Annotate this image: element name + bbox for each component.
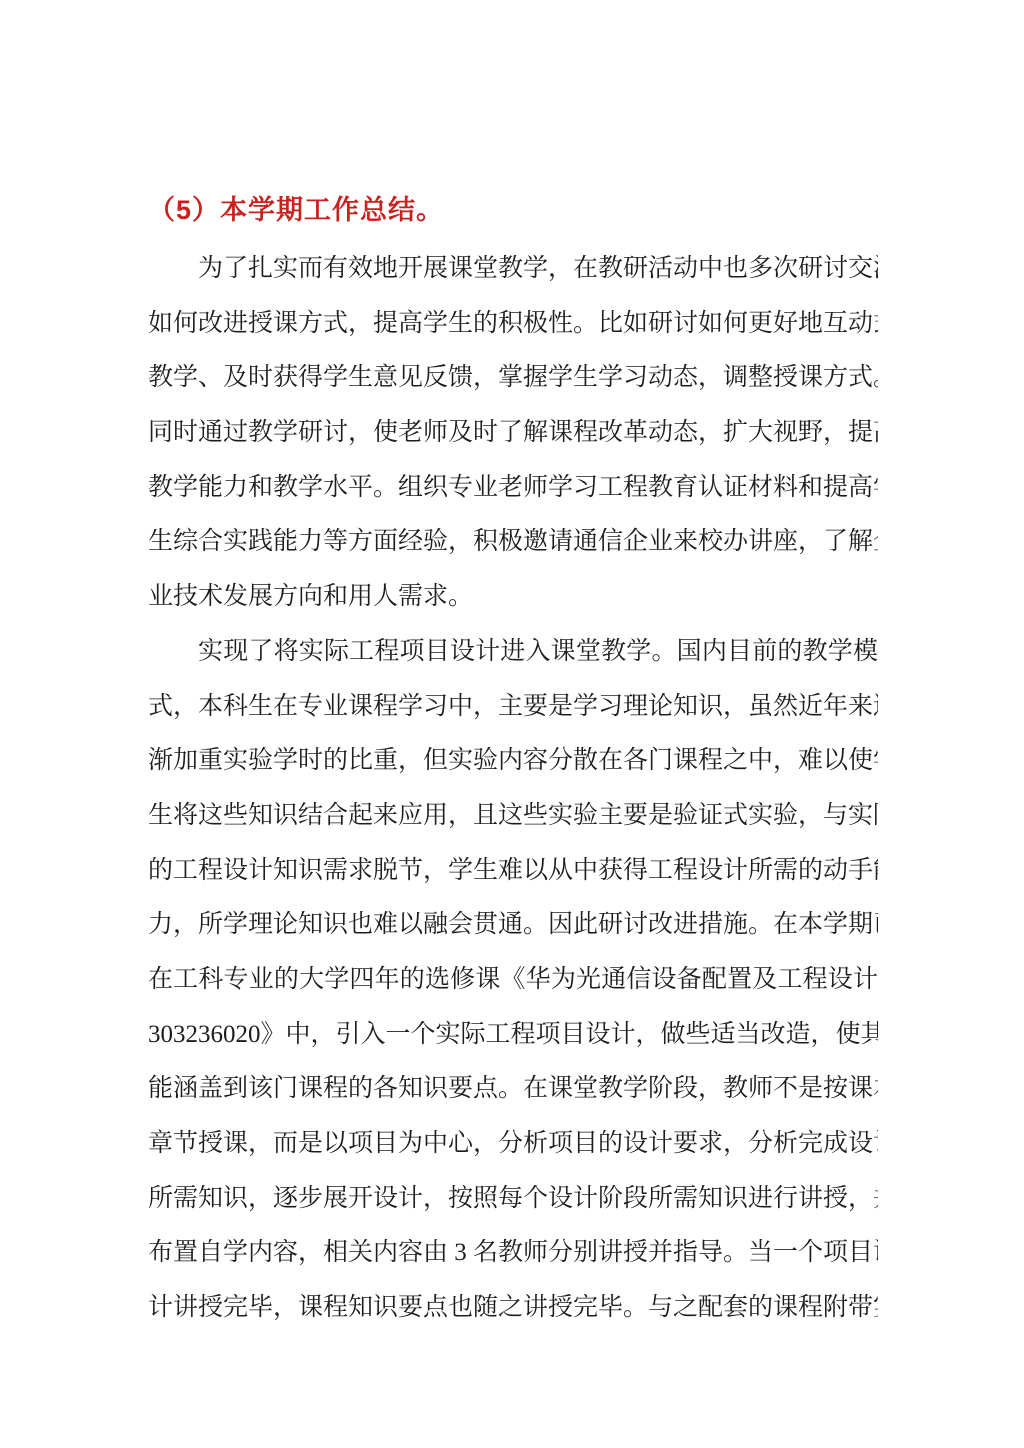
text-line: 能涵盖到该门课程的各知识要点。在课堂教学阶段，教师不是按课本 [148, 1062, 878, 1117]
text-line: 布置自学内容，相关内容由 3 名教师分别讲授并指导。当一个项目设 [148, 1226, 878, 1281]
document-body: 为了扎实而有效地开展课堂教学，在教研活动中也多次研讨交流如何改进授课方式，提高学… [148, 242, 878, 1336]
text-line: 在工科专业的大学四年的选修课《华为光通信设备配置及工程设计 [148, 953, 878, 1008]
paragraph: 实现了将实际工程项目设计进入课堂教学。国内目前的教学模式，本科生在专业课程学习中… [148, 625, 878, 1336]
text-line: 计讲授完毕，课程知识要点也随之讲授完毕。与之配套的课程附带实 [148, 1281, 878, 1336]
text-line: 章节授课，而是以项目为中心，分析项目的设计要求，分析完成设计 [148, 1117, 878, 1172]
text-line: 力，所学理论知识也难以融会贯通。因此研讨改进措施。在本学期已 [148, 898, 878, 953]
paragraph: 为了扎实而有效地开展课堂教学，在教研活动中也多次研讨交流如何改进授课方式，提高学… [148, 242, 878, 625]
text-line: 业技术发展方向和用人需求。 [148, 570, 878, 625]
text-line: 实现了将实际工程项目设计进入课堂教学。国内目前的教学模 [148, 625, 878, 680]
text-line: 教学能力和教学水平。组织专业老师学习工程教育认证材料和提高学 [148, 461, 878, 516]
text-line: 式，本科生在专业课程学习中，主要是学习理论知识，虽然近年来逐 [148, 680, 878, 735]
text-line: 渐加重实验学时的比重，但实验内容分散在各门课程之中，难以使学 [148, 734, 878, 789]
document-page: （5）本学期工作总结。 为了扎实而有效地开展课堂教学，在教研活动中也多次研讨交流… [0, 0, 1024, 1448]
text-line: 同时通过教学研讨，使老师及时了解课程改革动态，扩大视野，提高 [148, 406, 878, 461]
text-line: 303236020》中，引入一个实际工程项目设计，做些适当改造，使其 [148, 1008, 878, 1063]
text-line: 教学、及时获得学生意见反馈，掌握学生学习动态，调整授课方式。 [148, 351, 878, 406]
text-line: 所需知识，逐步展开设计，按照每个设计阶段所需知识进行讲授，并 [148, 1172, 878, 1227]
text-line: 的工程设计知识需求脱节，学生难以从中获得工程设计所需的动手能 [148, 844, 878, 899]
text-line: 为了扎实而有效地开展课堂教学，在教研活动中也多次研讨交流 [148, 242, 878, 297]
text-line: 生将这些知识结合起来应用，且这些实验主要是验证式实验，与实际 [148, 789, 878, 844]
text-line: 生综合实践能力等方面经验，积极邀请通信企业来校办讲座，了解企 [148, 515, 878, 570]
text-line: 如何改进授课方式，提高学生的积极性。比如研讨如何更好地互动式 [148, 297, 878, 352]
section-heading: （5）本学期工作总结。 [148, 192, 878, 228]
